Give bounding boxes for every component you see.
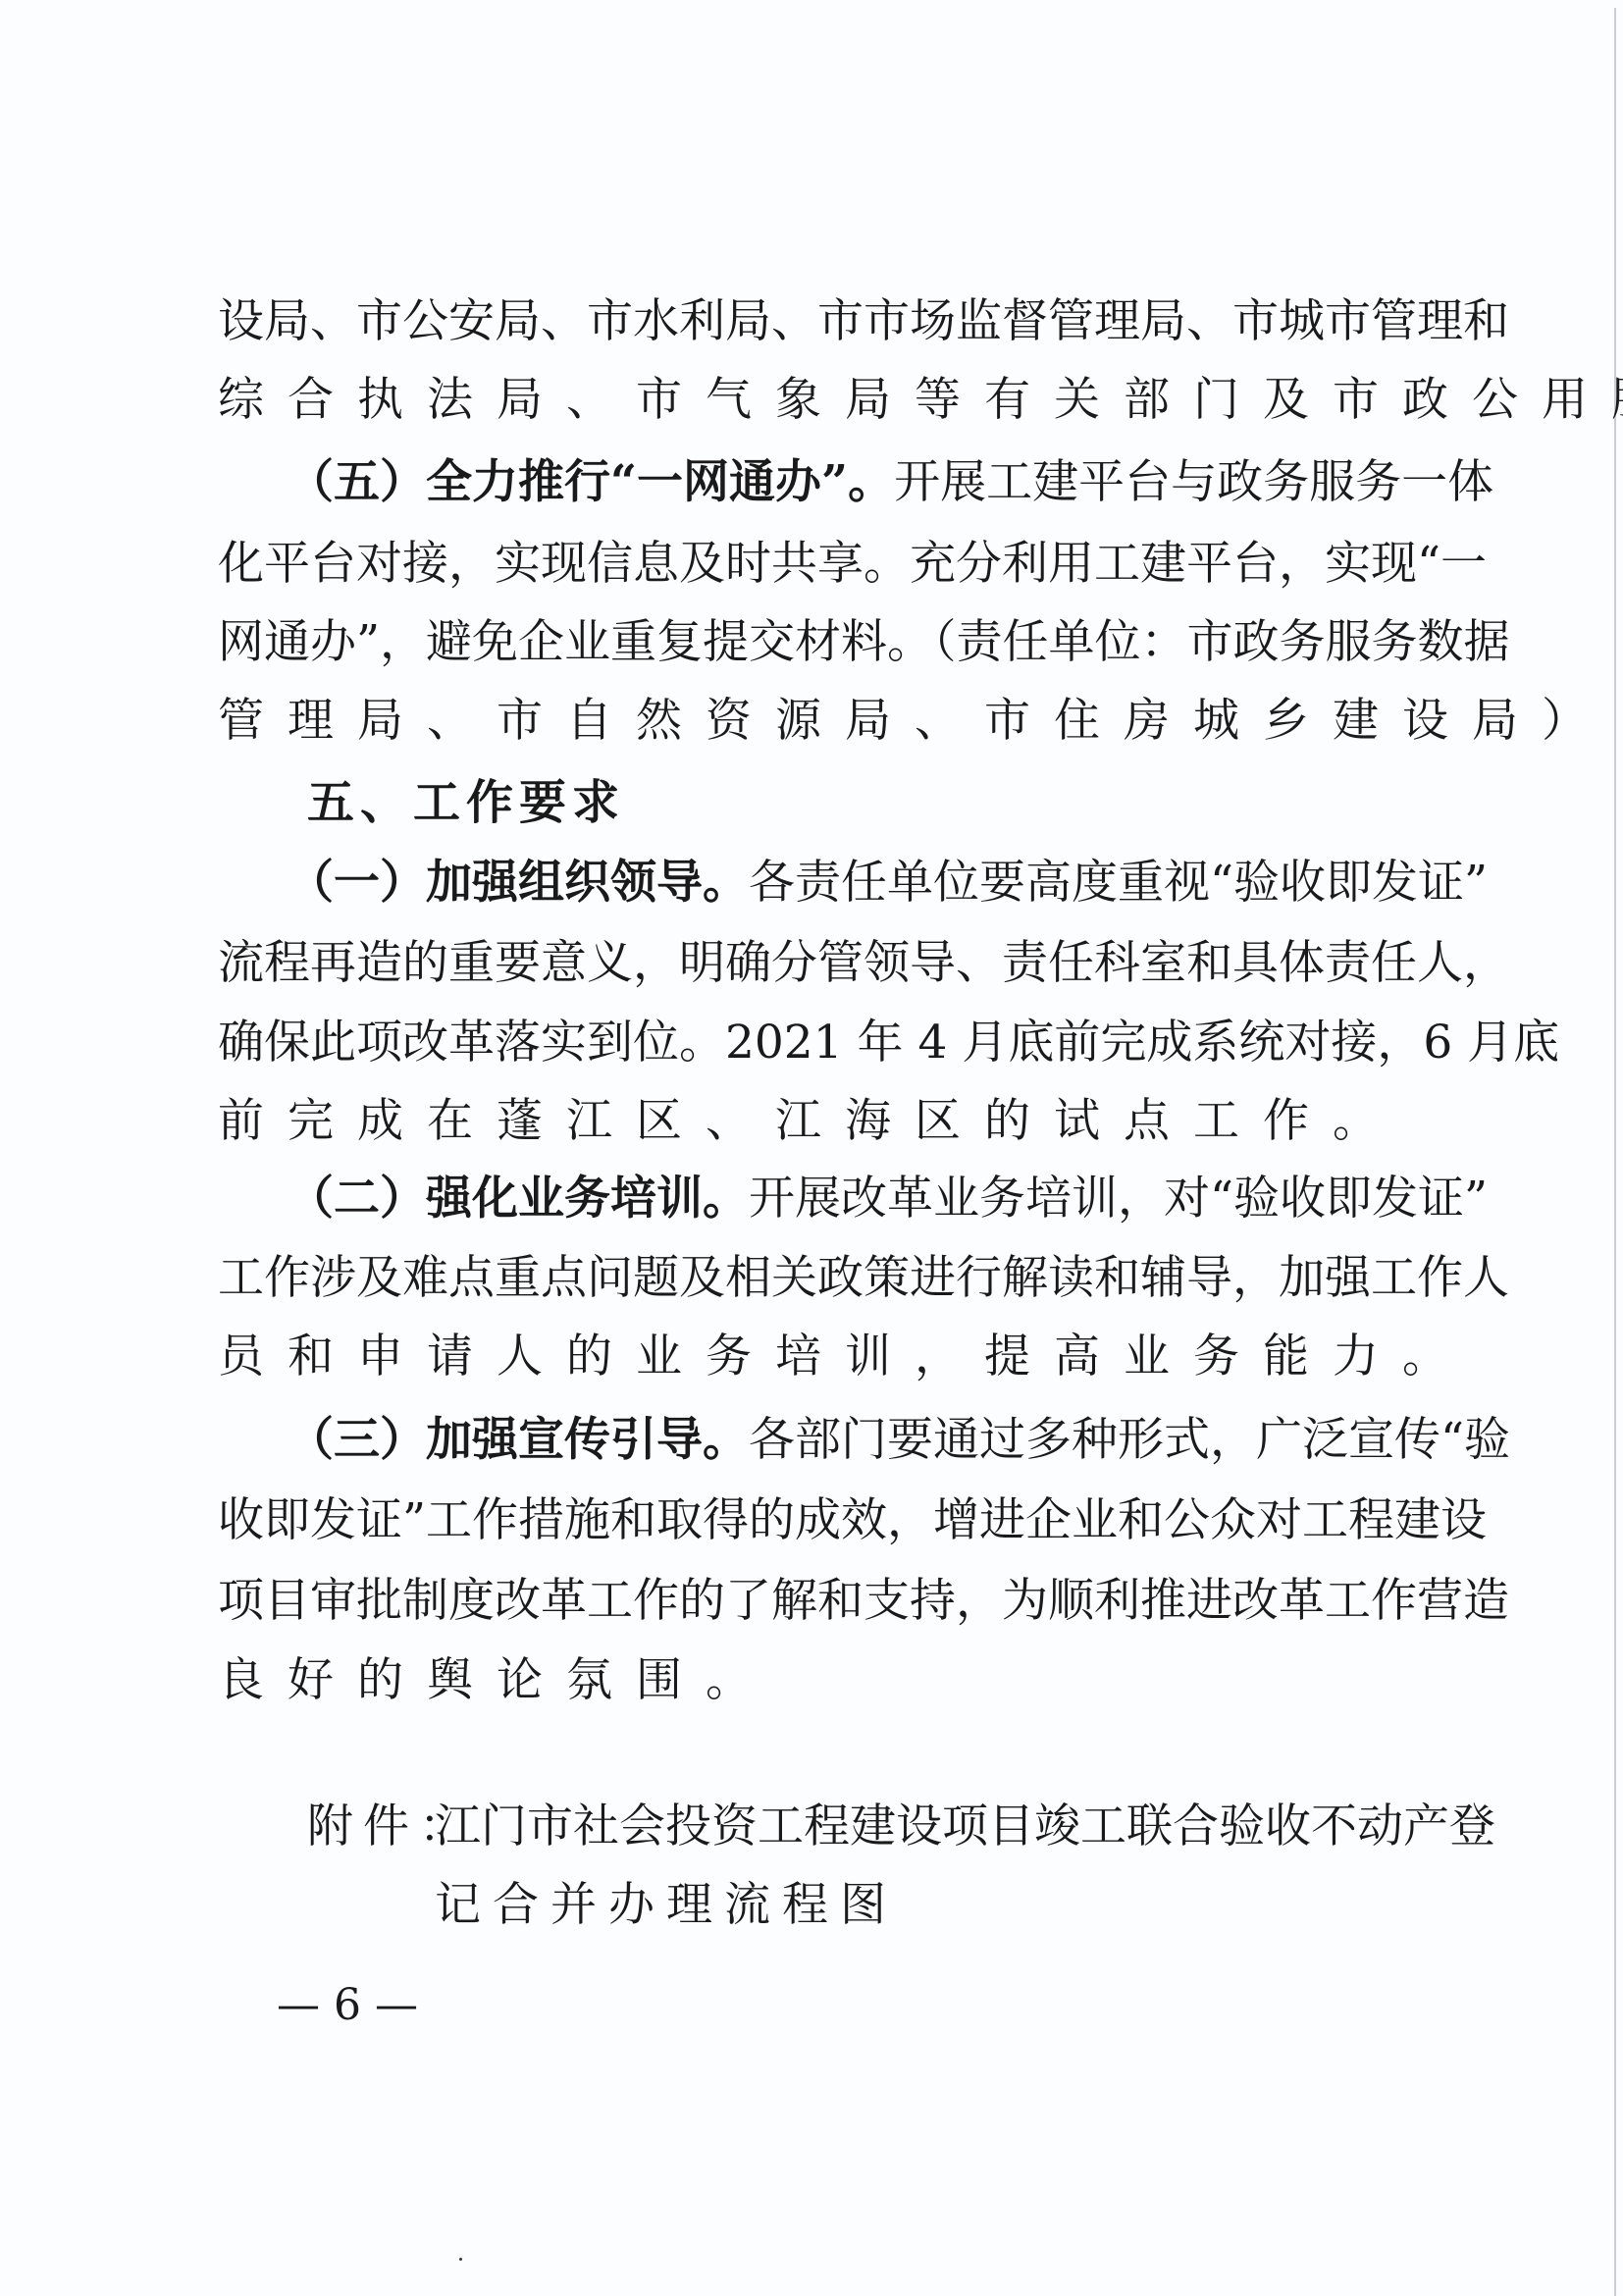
- page-number: — 6 —: [277, 1976, 418, 2035]
- body-line: 项目审批制度改革工作的了解和支持，为顺利推进改革工作营造: [218, 1562, 1410, 1641]
- requirement-2-first-line: （二）强化业务培训。开展改革业务培训，对“验收即发证”: [218, 1160, 1410, 1238]
- item-5-label: （五）全力推行“一网通办”。: [288, 455, 894, 509]
- body-line: 设局、市公安局、市水利局、市市场监督管理局、市城市管理和: [218, 283, 1410, 361]
- requirement-3-text: 各部门要通过多种形式，广泛宣传“验: [749, 1413, 1510, 1467]
- body-line: 网通办”，避免企业重复提交材料。（责任单位：市政务服务数据: [218, 603, 1410, 682]
- requirement-1-first-line: （一）加强组织领导。各责任单位要高度重视“验收即发证”: [218, 844, 1410, 922]
- body-line: 流程再造的重要意义，明确分管领导、责任科室和具体责任人，: [218, 924, 1410, 1003]
- attachment-title-line: 江门市社会投资工程建设项目竣工联合验收不动产登: [435, 1788, 1410, 1866]
- document-page: 设局、市公安局、市水利局、市市场监督管理局、市城市管理和 综合执法局、市气象局等…: [0, 0, 1623, 2296]
- item-5-text: 开展工建平台与政务服务一体: [894, 455, 1493, 509]
- body-line: 综合执法局、市气象局等有关部门及市政公用服务单位）: [218, 361, 1410, 440]
- scan-edge-line: [1614, 8, 1616, 2296]
- section-heading: 五、工作要求: [307, 763, 625, 842]
- item-5-first-line: （五）全力推行“一网通办”。开展工建平台与政务服务一体: [218, 444, 1410, 522]
- requirement-1-text: 各责任单位要高度重视“验收即发证”: [749, 856, 1488, 910]
- body-line: 员和申请人的业务培训，提高业务能力。: [218, 1318, 1410, 1396]
- body-line: 良好的舆论氛围。: [218, 1642, 1410, 1720]
- body-line: 工作涉及难点重点问题及相关政策进行解读和辅导，加强工作人: [218, 1239, 1410, 1318]
- body-line: 收即发证”工作措施和取得的成效，增进企业和公众对工程建设: [218, 1482, 1410, 1560]
- attachment-title-line: 记合并办理流程图: [435, 1866, 1410, 1945]
- requirement-3-first-line: （三）加强宣传引导。各部门要通过多种形式，广泛宣传“验: [218, 1401, 1410, 1480]
- body-line: 管理局、市自然资源局、市住房城乡建设局）: [218, 682, 1410, 760]
- requirement-2-text: 开展改革业务培训，对“验收即发证”: [749, 1172, 1488, 1226]
- requirement-2-label: （二）强化业务培训。: [288, 1172, 749, 1226]
- requirement-3-label: （三）加强宣传引导。: [288, 1413, 749, 1467]
- body-line: 化平台对接，实现信息及时共享。充分利用工建平台，实现“一: [218, 525, 1410, 603]
- requirement-1-label: （一）加强组织领导。: [288, 856, 749, 910]
- body-line: 确保此项改革落实到位。2021 年 4 月底前完成系统对接，6 月底: [218, 1004, 1410, 1082]
- scan-speck: [459, 2258, 462, 2261]
- body-line: 前完成在蓬江区、江海区的试点工作。: [218, 1082, 1410, 1161]
